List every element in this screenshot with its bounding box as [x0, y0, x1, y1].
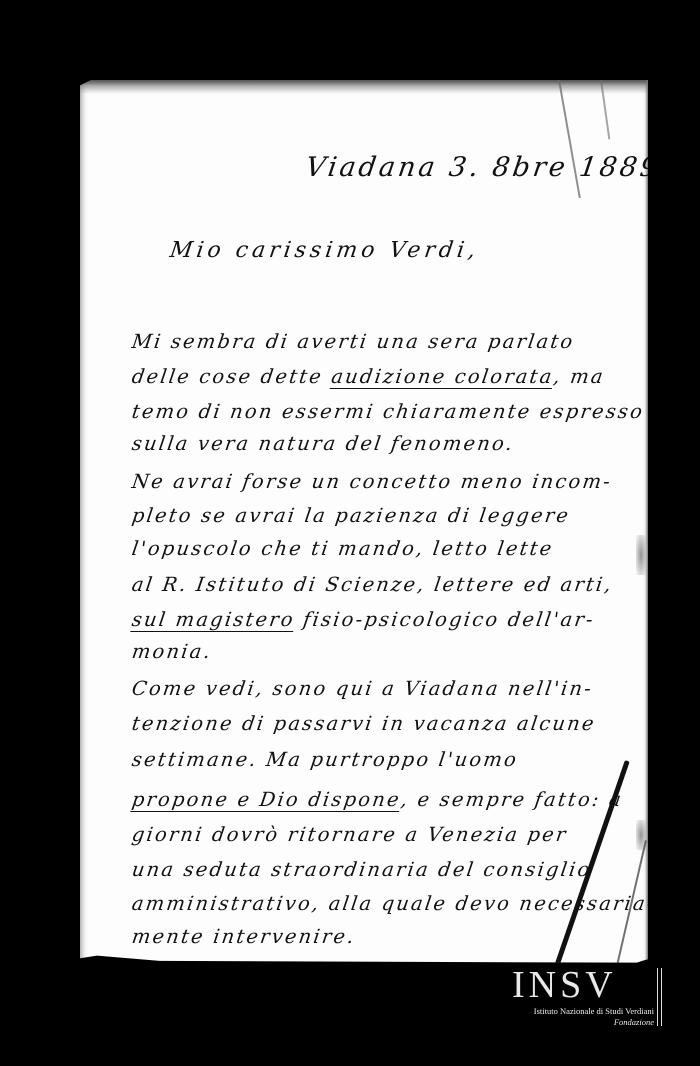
letter-dateline: Viadana 3. 8bre 1889 — [304, 152, 663, 183]
letter-line: amministrativo, alla quale devo necessar… — [130, 892, 657, 915]
letter-line: Come vedi, sono qui a Viadana nell'in- — [130, 677, 594, 700]
letter-line: temo di non essermi chiaramente espresso — [130, 400, 645, 423]
underlined-phrase: audizione colorata — [330, 365, 555, 388]
logo-divider — [661, 968, 662, 1026]
letter-line: sul magistero fisio-psicologico dell'ar- — [130, 608, 596, 631]
logo-subtitle: Fondazione — [614, 1017, 654, 1027]
letter-line: propone e Dio dispone, e sempre fatto: a — [130, 788, 624, 811]
letter-salutation: Mio carissimo Verdi, — [168, 238, 481, 263]
paper-smudge — [636, 820, 646, 850]
letter-line: Mi sembra di averti una sera parlato — [130, 330, 576, 353]
paper-top-shadow — [80, 80, 648, 94]
paper-smudge — [636, 535, 646, 575]
letter-line: mente intervenire. — [130, 925, 357, 948]
letter-page: Viadana 3. 8bre 1889 Mio carissimo Verdi… — [80, 80, 648, 968]
letter-line: l'opuscolo che ti mando, letto lette — [130, 537, 555, 560]
underlined-phrase: sul magistero — [130, 608, 296, 631]
letter-line: pleto se avrai la pazienza di leggere — [130, 504, 571, 527]
letter-line-text: delle cose dette audizione colorata, ma — [130, 365, 606, 388]
logo-institution-name: Istituto Nazionale di Studi Verdiani — [534, 1006, 654, 1016]
insv-watermark-logo: INSV Istituto Nazionale di Studi Verdian… — [512, 966, 662, 1028]
letter-line: monia. — [130, 640, 213, 663]
letter-line: giorni dovrò ritornare a Venezia per — [130, 823, 569, 846]
letter-line: tenzione di passarvi in vacanza alcune — [130, 712, 597, 735]
logo-divider — [657, 968, 658, 1026]
letter-line: settimane. Ma purtroppo l'uomo — [130, 748, 519, 771]
letter-line: una seduta straordinaria del consiglio — [130, 858, 593, 881]
letter-line: Ne avrai forse un concetto meno incom- — [130, 470, 613, 493]
letter-line: sulla vera natura del fenomeno. — [130, 432, 515, 455]
letter-line: delle cose dette audizione colorata, ma — [130, 365, 606, 388]
letter-line: al R. Istituto di Scienze, lettere ed ar… — [130, 573, 614, 596]
underlined-phrase: propone e Dio dispone — [130, 788, 402, 811]
logo-mark: INSV — [512, 966, 617, 1004]
